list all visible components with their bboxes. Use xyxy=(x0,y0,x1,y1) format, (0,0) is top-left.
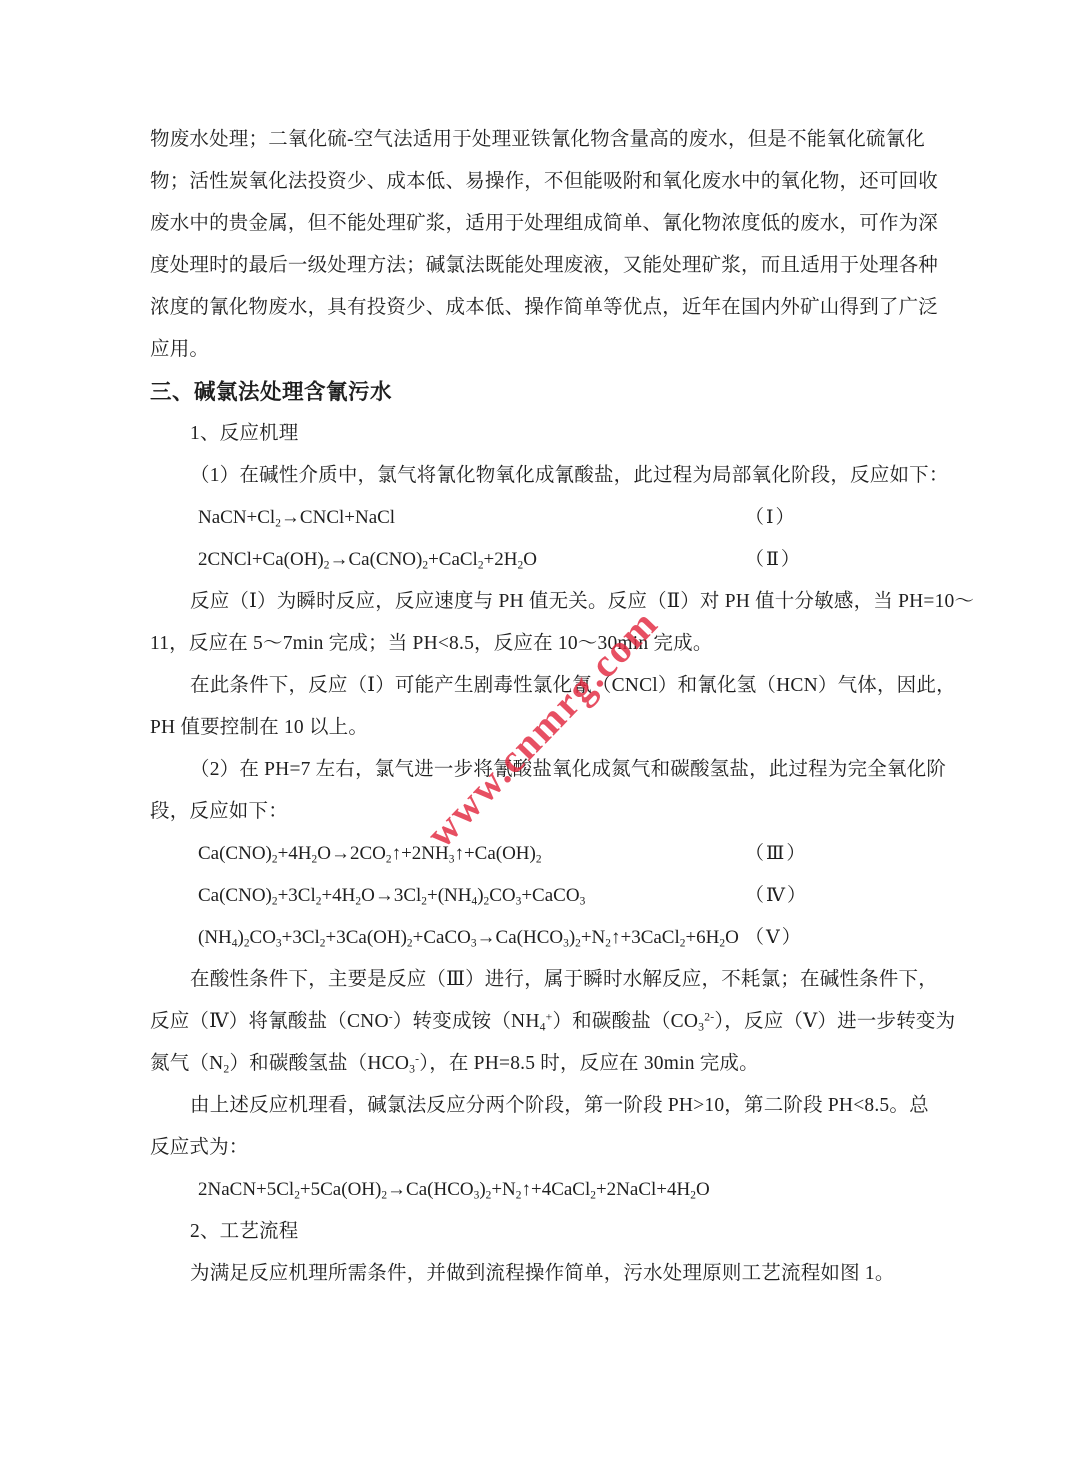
subscript: 4 xyxy=(232,937,238,949)
superscript: + xyxy=(546,1011,553,1024)
text-line: （2）在 PH=7 左右，氯气进一步将氰酸盐氧化成氮气和碳酸氢盐，此过程为完全氧… xyxy=(150,749,940,791)
text-line: 在酸性条件下，主要是反应（Ⅲ）进行，属于瞬时水解反应，不耗氯；在碱性条件下， xyxy=(150,959,940,1001)
equation-label: （Ⅴ） xyxy=(745,917,803,959)
subscript: 2 xyxy=(605,937,611,949)
subscript: 2 xyxy=(680,937,686,949)
text-line: 物废水处理；二氧化硫-空气法适用于处理亚铁氰化物含量高的废水，但是不能氧化硫氰化 xyxy=(150,119,940,161)
text-line: 2、工艺流程 xyxy=(150,1211,940,1253)
text-line: 氮气（N2）和碳酸氢盐（HCO3-），在 PH=8.5 时，反应在 30min … xyxy=(150,1043,940,1085)
equation-line: 2CNCl+Ca(OH)2→Ca(CNO)2+CaCl2+2H2O（Ⅱ） xyxy=(150,539,940,581)
subscript: 2 xyxy=(272,853,278,865)
text-line: （1）在碱性介质中，氯气将氰化物氧化成氰酸盐，此过程为局部氧化阶段，反应如下： xyxy=(150,455,940,497)
subscript: 2 xyxy=(316,895,322,907)
subscript: 2 xyxy=(719,937,725,949)
subscript: 2 xyxy=(324,559,330,571)
subscript: 3 xyxy=(449,853,455,865)
text-line: 反应式为： xyxy=(150,1127,940,1169)
equation-line: (NH4)2CO3+3Cl2+3Ca(OH)2+CaCO3→Ca(HCO3)2+… xyxy=(150,917,940,959)
document-body: 物废水处理；二氧化硫-空气法适用于处理亚铁氰化物含量高的废水，但是不能氧化硫氰化… xyxy=(150,119,940,1295)
equation-line: Ca(CNO)2+3Cl2+4H2O→3Cl2+(NH4)2CO3+CaCO3（… xyxy=(150,875,940,917)
text-line: 在此条件下，反应（Ⅰ）可能产生剧毒性氯化氰（CNCl）和氰化氢（HCN）气体，因… xyxy=(150,665,940,707)
subscript: 2 xyxy=(422,559,428,571)
subscript: 3 xyxy=(276,937,282,949)
subscript: 2 xyxy=(294,1189,300,1201)
equation-line: Ca(CNO)2+4H2O→2CO2↑+2NH3↑+Ca(OH)2（Ⅲ） xyxy=(150,833,940,875)
section-heading: 三、碱氯法处理含氰污水 xyxy=(150,371,940,413)
subscript: 2 xyxy=(312,853,318,865)
subscript: 2 xyxy=(320,937,326,949)
subscript: 2 xyxy=(407,937,413,949)
text-line: 废水中的贵金属，但不能处理矿浆，适用于处理组成简单、氰化物浓度低的废水，可作为深 xyxy=(150,203,940,245)
subscript: 3 xyxy=(516,895,522,907)
subscript: 4 xyxy=(472,895,478,907)
superscript: - xyxy=(415,1053,419,1066)
text-line: 反应（Ⅰ）为瞬时反应，反应速度与 PH 值无关。反应（Ⅱ）对 PH 值十分敏感，… xyxy=(150,581,940,623)
text-line: 物；活性炭氧化法投资少、成本低、易操作，不但能吸附和氧化废水中的氧化物，还可回收 xyxy=(150,161,940,203)
equation-label: （Ⅳ） xyxy=(745,875,808,917)
subscript: 3 xyxy=(563,937,569,949)
subscript: 2 xyxy=(244,937,250,949)
subscript: 2 xyxy=(484,895,490,907)
subscript: 2 xyxy=(690,1189,696,1201)
text-line: 由上述反应机理看，碱氯法反应分两个阶段，第一阶段 PH>10，第二阶段 PH<8… xyxy=(150,1085,940,1127)
subscript: 2 xyxy=(590,1189,596,1201)
equation-label: （Ⅱ） xyxy=(745,539,802,581)
equation-label: （Ⅰ） xyxy=(745,497,797,539)
subscript: 2 xyxy=(355,895,361,907)
equation-line: 2NaCN+5Cl2+5Ca(OH)2→Ca(HCO3)2+N2↑+4CaCl2… xyxy=(150,1169,940,1211)
text-line: PH 值要控制在 10 以上。 xyxy=(150,707,940,749)
superscript: - xyxy=(389,1011,393,1024)
subscript: 2 xyxy=(386,853,392,865)
equation-label: （Ⅲ） xyxy=(745,833,807,875)
subscript: 2 xyxy=(516,1189,522,1201)
subscript: 2 xyxy=(272,895,278,907)
subscript: 2 xyxy=(486,1189,492,1201)
text-line: 1、反应机理 xyxy=(150,413,940,455)
subscript: 3 xyxy=(471,937,477,949)
superscript: 2- xyxy=(704,1011,714,1024)
text-line: 度处理时的最后一级处理方法；碱氯法既能处理废液，又能处理矿浆，而且适用于处理各种 xyxy=(150,245,940,287)
text-line: 浓度的氰化物废水，具有投资少、成本低、操作简单等优点，近年在国内外矿山得到了广泛 xyxy=(150,287,940,329)
text-line: 反应（Ⅳ）将氰酸盐（CNO-）转变成铵（NH4+）和碳酸盐（CO32-），反应（… xyxy=(150,1001,940,1043)
text-line: 为满足反应机理所需条件，并做到流程操作简单，污水处理原则工艺流程如图 1。 xyxy=(150,1253,940,1295)
subscript: 3 xyxy=(580,895,586,907)
text-line: 应用。 xyxy=(150,329,940,371)
subscript: 2 xyxy=(517,559,523,571)
subscript: 2 xyxy=(421,895,427,907)
subscript: 2 xyxy=(381,1189,387,1201)
subscript: 3 xyxy=(474,1189,480,1201)
subscript: 2 xyxy=(575,937,581,949)
subscript: 2 xyxy=(478,559,484,571)
subscript: 2 xyxy=(223,1063,229,1076)
subscript: 2 xyxy=(536,853,542,865)
text-line: 11，反应在 5～7min 完成；当 PH<8.5，反应在 10～30min 完… xyxy=(150,623,940,665)
text-line: 段，反应如下： xyxy=(150,791,940,833)
equation-line: NaCN+Cl2→CNCl+NaCl（Ⅰ） xyxy=(150,497,940,539)
subscript: 2 xyxy=(275,517,281,529)
